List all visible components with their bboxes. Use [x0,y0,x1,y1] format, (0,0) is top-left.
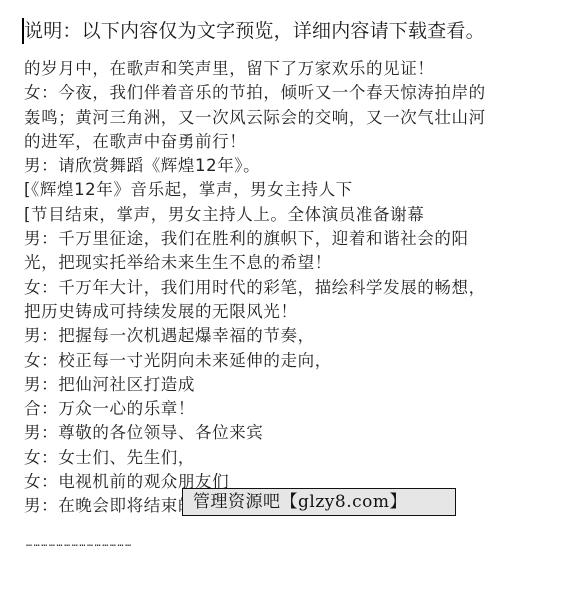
text-line: 合：万众一心的乐章！ [24,397,554,421]
text-line: 轰鸣；黄河三角洲，又一次风云际会的交响，又一次气壮山河 [24,106,554,130]
text-line: 男：尊敬的各位领导、各位来宾 [24,421,554,445]
text-line: [节目结束，掌声，男女主持人上。全体演员准备谢幕 [24,203,554,227]
text-line: 的岁月中，在歌声和笑声里，留下了万家欢乐的见证！ [24,57,554,81]
text-line: [《辉煌12年》音乐起，掌声，男女主持人下 [24,178,554,202]
watermark-label: 管理资源吧【glzy8.com】 [182,488,456,516]
text-line: 女：今夜，我们伴着音乐的节拍，倾听又一个春天惊涛拍岸的 [24,81,554,105]
text-line: 男：把仙河社区打造成 [24,373,554,397]
text-line: 男：千万里征途，我们在胜利的旗帜下，迎着和谐社会的阳 [24,227,554,251]
text-line: 光，把现实托举给未来生生不息的希望！ [24,251,554,275]
text-line: 女：女士们、先生们， [24,446,554,470]
text-line: 把历史铸成可持续发展的无限风光！ [24,300,554,324]
preview-notice: 说明：以下内容仅为文字预览，详细内容请下载查看。 [24,16,485,43]
text-line: 女：千万年大计，我们用时代的彩笔，描绘科学发展的畅想， [24,276,554,300]
text-line: 男：把握每一次机遇起爆幸福的节奏， [24,324,554,348]
text-line: 女：校正每一寸光阴向未来延伸的走向， [24,349,554,373]
text-line: 的进军，在歌声中奋勇前行！ [24,130,554,154]
text-line: 男：请欣赏舞蹈《辉煌12年》。 [24,154,554,178]
ellipsis: …………………………………… [26,538,133,549]
document-body: 的岁月中，在歌声和笑声里，留下了万家欢乐的见证！ 女：今夜，我们伴着音乐的节拍，… [24,57,554,519]
